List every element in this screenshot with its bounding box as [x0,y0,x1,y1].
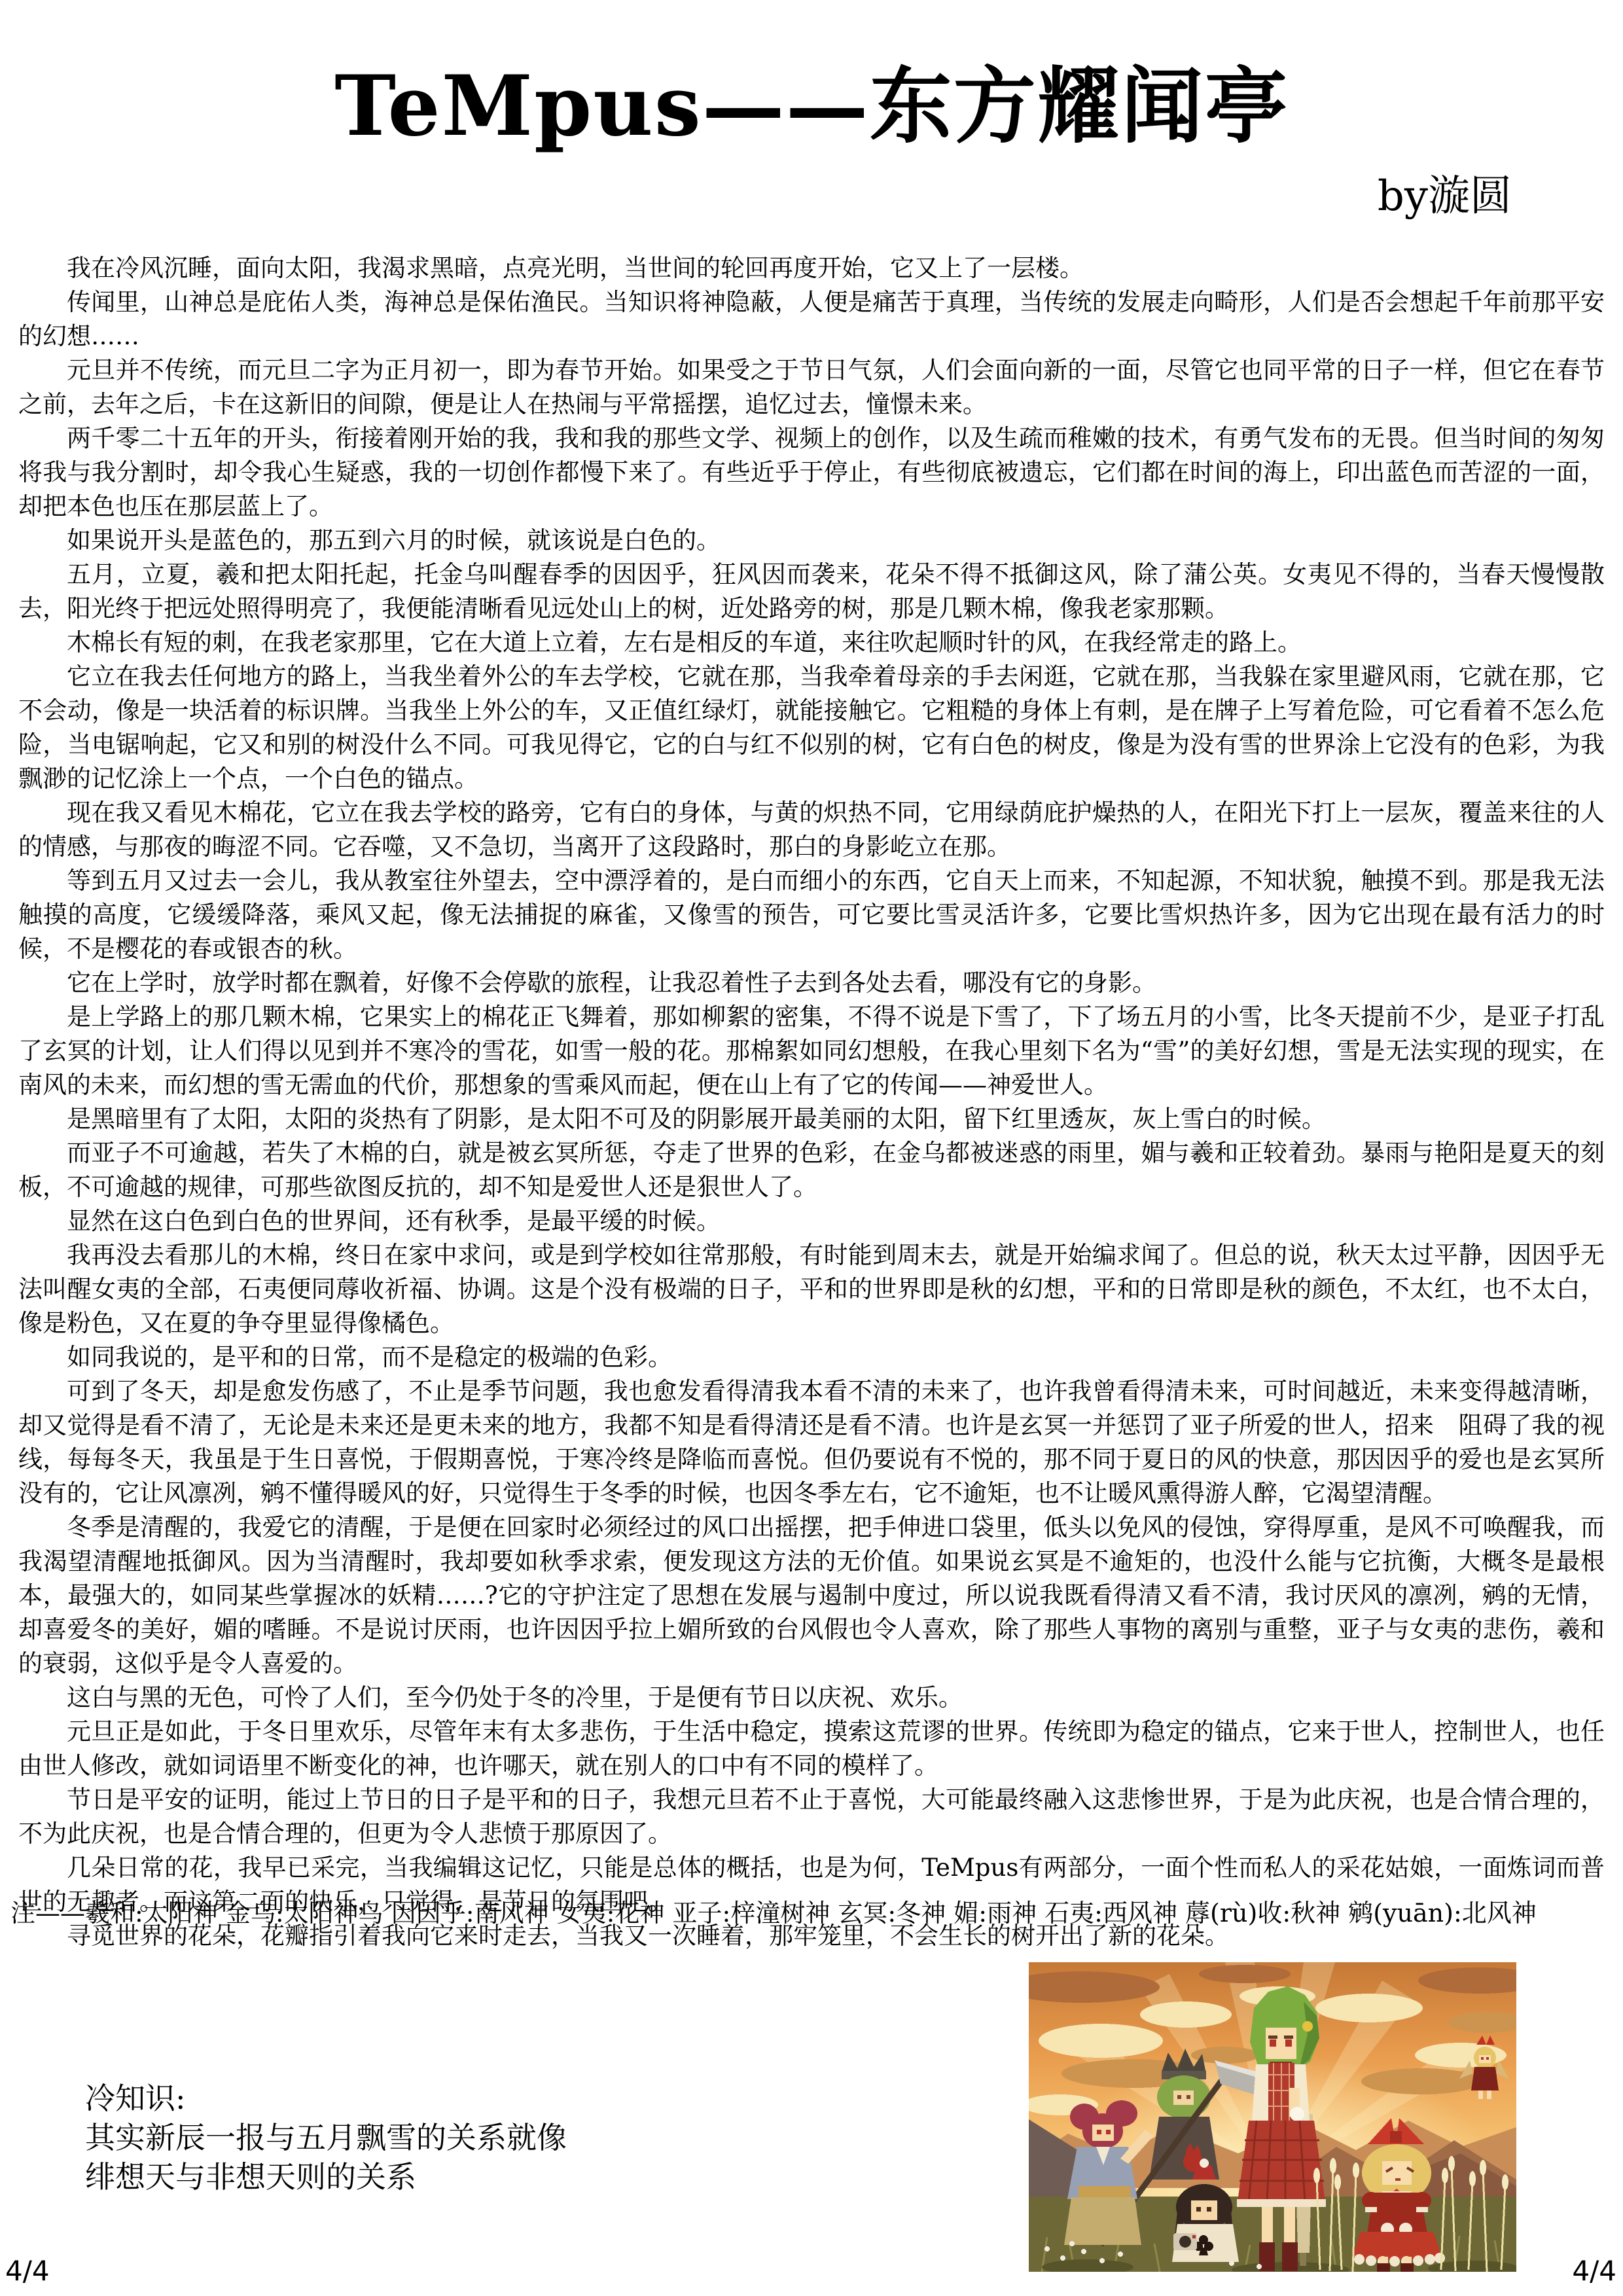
trivia-note: 冷知识:其实新辰一报与五月飘雪的关系就像绯想天与非想天则的关系 [85,2079,567,2197]
essay-paragraph: 而亚子不可逾越，若失了木棉的白，就是被玄冥所惩，夺走了世界的色彩，在金乌都被迷惑… [18,1136,1605,1204]
document-page: TeMpus——东方耀闻亭 by漩圆 我在冷风沉睡，面向太阳，我渴求黑暗，点亮光… [0,0,1623,2296]
essay-paragraph: 如同我说的，是平和的日常，而不是稳定的极端的色彩。 [18,1340,1605,1374]
essay-paragraph: 五月，立夏，羲和把太阳托起，托金乌叫醒春季的因因乎，狂风因而袭来，花朵不得不抵御… [18,558,1605,626]
trivia-line: 其实新辰一报与五月飘雪的关系就像 [85,2118,567,2157]
essay-paragraph: 是黑暗里有了太阳，太阳的炎热有了阴影，是太阳不可及的阴影展开最美丽的太阳，留下红… [18,1102,1605,1136]
page-number-left: 4/4 [5,2255,50,2287]
essay-paragraph: 它在上学时，放学时都在飘着，好像不会停歇的旅程，让我忍着性子去到各处去看，哪没有… [18,966,1605,1000]
trivia-line: 绯想天与非想天则的关系 [85,2157,567,2197]
trivia-line: 冷知识: [85,2079,567,2118]
essay-paragraph: 元旦并不传统，而元旦二字为正月初一，即为春节开始。如果受之于节日气氛，人们会面向… [18,353,1605,422]
page-title: TeMpus——东方耀闻亭 [0,41,1623,159]
essay-paragraph: 是上学路上的那几颗木棉，它果实上的棉花正飞舞着，那如柳絮的密集，不得不说是下雪了… [18,1000,1605,1102]
essay-paragraph: 传闻里，山神总是庇佑人类，海神总是保佑渔民。当知识将神隐蔽，人便是痛苦于真理，当… [18,285,1605,353]
essay-paragraph: 它立在我去任何地方的路上，当我坐着外公的车去学校，它就在那，当我牵着母亲的手去闲… [18,660,1605,796]
page-number-right: 4/4 [1572,2255,1616,2287]
essay-paragraph: 显然在这白色到白色的世界间，还有秋季，是最平缓的时候。 [18,1204,1605,1238]
essay-body: 我在冷风沉睡，面向太阳，我渴求黑暗，点亮光明，当世间的轮回再度开始，它又上了一层… [18,251,1605,1953]
essay-paragraph: 等到五月又过去一会儿，我从教室往外望去，空中漂浮着的，是白而细小的东西，它自天上… [18,864,1605,966]
essay-paragraph: 这白与黑的无色，可怜了人们，至今仍处于冬的冷里，于是便有节日以庆祝、欢乐。 [18,1681,1605,1715]
essay-paragraph: 现在我又看见木棉花，它立在我去学校的路旁，它有白的身体，与黄的炽热不同，它用绿荫… [18,796,1605,864]
essay-paragraph: 两千零二十五年的开头，衔接着刚开始的我，我和我的那些文学、视频上的创作，以及生疏… [18,422,1605,524]
sunset-illustration [1029,1962,1516,2272]
essay-paragraph: 如果说开头是蓝色的，那五到六月的时候，就该说是白色的。 [18,524,1605,558]
essay-paragraph: 我再没去看那儿的木棉，终日在家中求问，或是到学校如往常那般，有时能到周末去，就是… [18,1238,1605,1340]
glossary-footnote: 注——羲和:太阳神 金乌:太阳神鸟 因因乎:南风神 女夷:花神 亚子:梓潼树神 … [10,1897,1605,1929]
essay-paragraph: 可到了冬天，却是愈发伤感了，不止是季节问题，我也愈发看得清我本看不清的未来了，也… [18,1374,1605,1511]
essay-paragraph: 木棉长有短的刺，在我老家那里，它在大道上立着，左右是相反的车道，来往吹起顺时针的… [18,626,1605,660]
essay-paragraph: 元旦正是如此，于冬日里欢乐，尽管年末有太多悲伤，于生活中稳定，摸索这荒谬的世界。… [18,1715,1605,1783]
byline: by漩圆 [1378,162,1512,223]
essay-paragraph: 节日是平安的证明，能过上节日的日子是平和的日子，我想元旦若不止于喜悦，大可能最终… [18,1783,1605,1851]
essay-paragraph: 我在冷风沉睡，面向太阳，我渴求黑暗，点亮光明，当世间的轮回再度开始，它又上了一层… [18,251,1605,285]
essay-paragraph: 冬季是清醒的，我爱它的清醒，于是便在回家时必须经过的风口出摇摆，把手伸进口袋里，… [18,1511,1605,1681]
